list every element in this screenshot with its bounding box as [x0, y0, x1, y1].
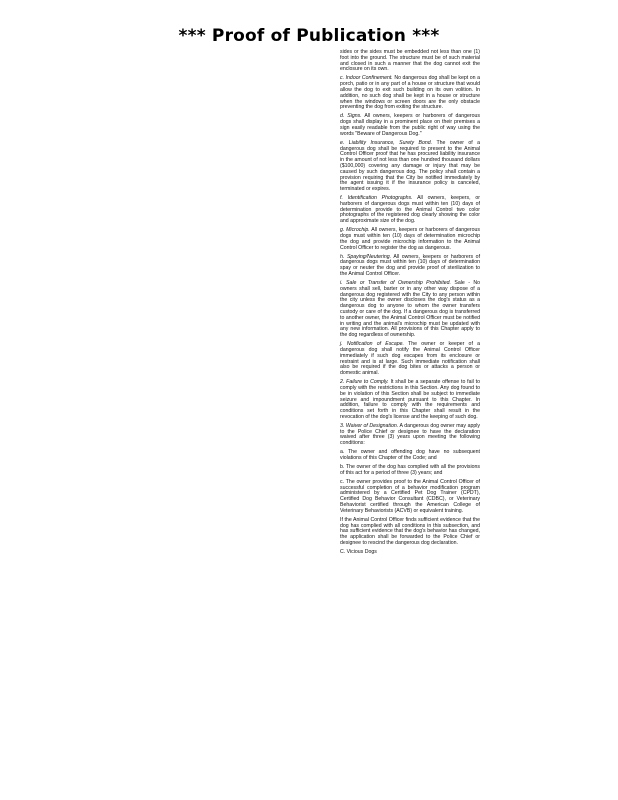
paragraph-spaying-neutering: h. Spaying/Neutering. All owners, keeper… [340, 255, 480, 278]
paragraph-identification-photographs: f. Identification Photographs. All owner… [340, 196, 480, 225]
paragraph-waiver-condition-c: c. The owner provides proof to the Anima… [340, 480, 480, 515]
paragraph-liability-insurance: e. Liability Insurance, Surety Bond. The… [340, 141, 480, 193]
paragraph-notification-of-escape: j. Notification of Escape. The owner or … [340, 342, 480, 377]
paragraph-signs: d. Signs. All owners, keepers or harbore… [340, 114, 480, 137]
paragraph-waiver-of-designation: 3. Waiver of Designation. A dangerous do… [340, 424, 480, 447]
page-title: *** Proof of Publication *** [0, 26, 618, 46]
paragraph-failure-to-comply: 2. Failure to Comply. It shall be a sepa… [340, 380, 480, 421]
paragraph-waiver-condition-a: a. The owner and offending dog have no s… [340, 450, 480, 462]
paragraph-microchip: g. Microchip. All owners, keepers or har… [340, 228, 480, 251]
paragraph-waiver-review: If the Animal Control Officer finds suff… [340, 518, 480, 547]
document-body-column: sides or the sides must be embedded not … [340, 50, 480, 559]
section-heading-vicious-dogs: C. Vicious Dogs [340, 550, 480, 556]
paragraph-sale-transfer: i. Sale or Transfer of Ownership Prohibi… [340, 281, 480, 339]
paragraph-indoor-confinement: c. Indoor Confinement. No dangerous dog … [340, 76, 480, 111]
paragraph: sides or the sides must be embedded not … [340, 50, 480, 73]
paragraph-waiver-condition-b: b. The owner of the dog has complied wit… [340, 465, 480, 477]
